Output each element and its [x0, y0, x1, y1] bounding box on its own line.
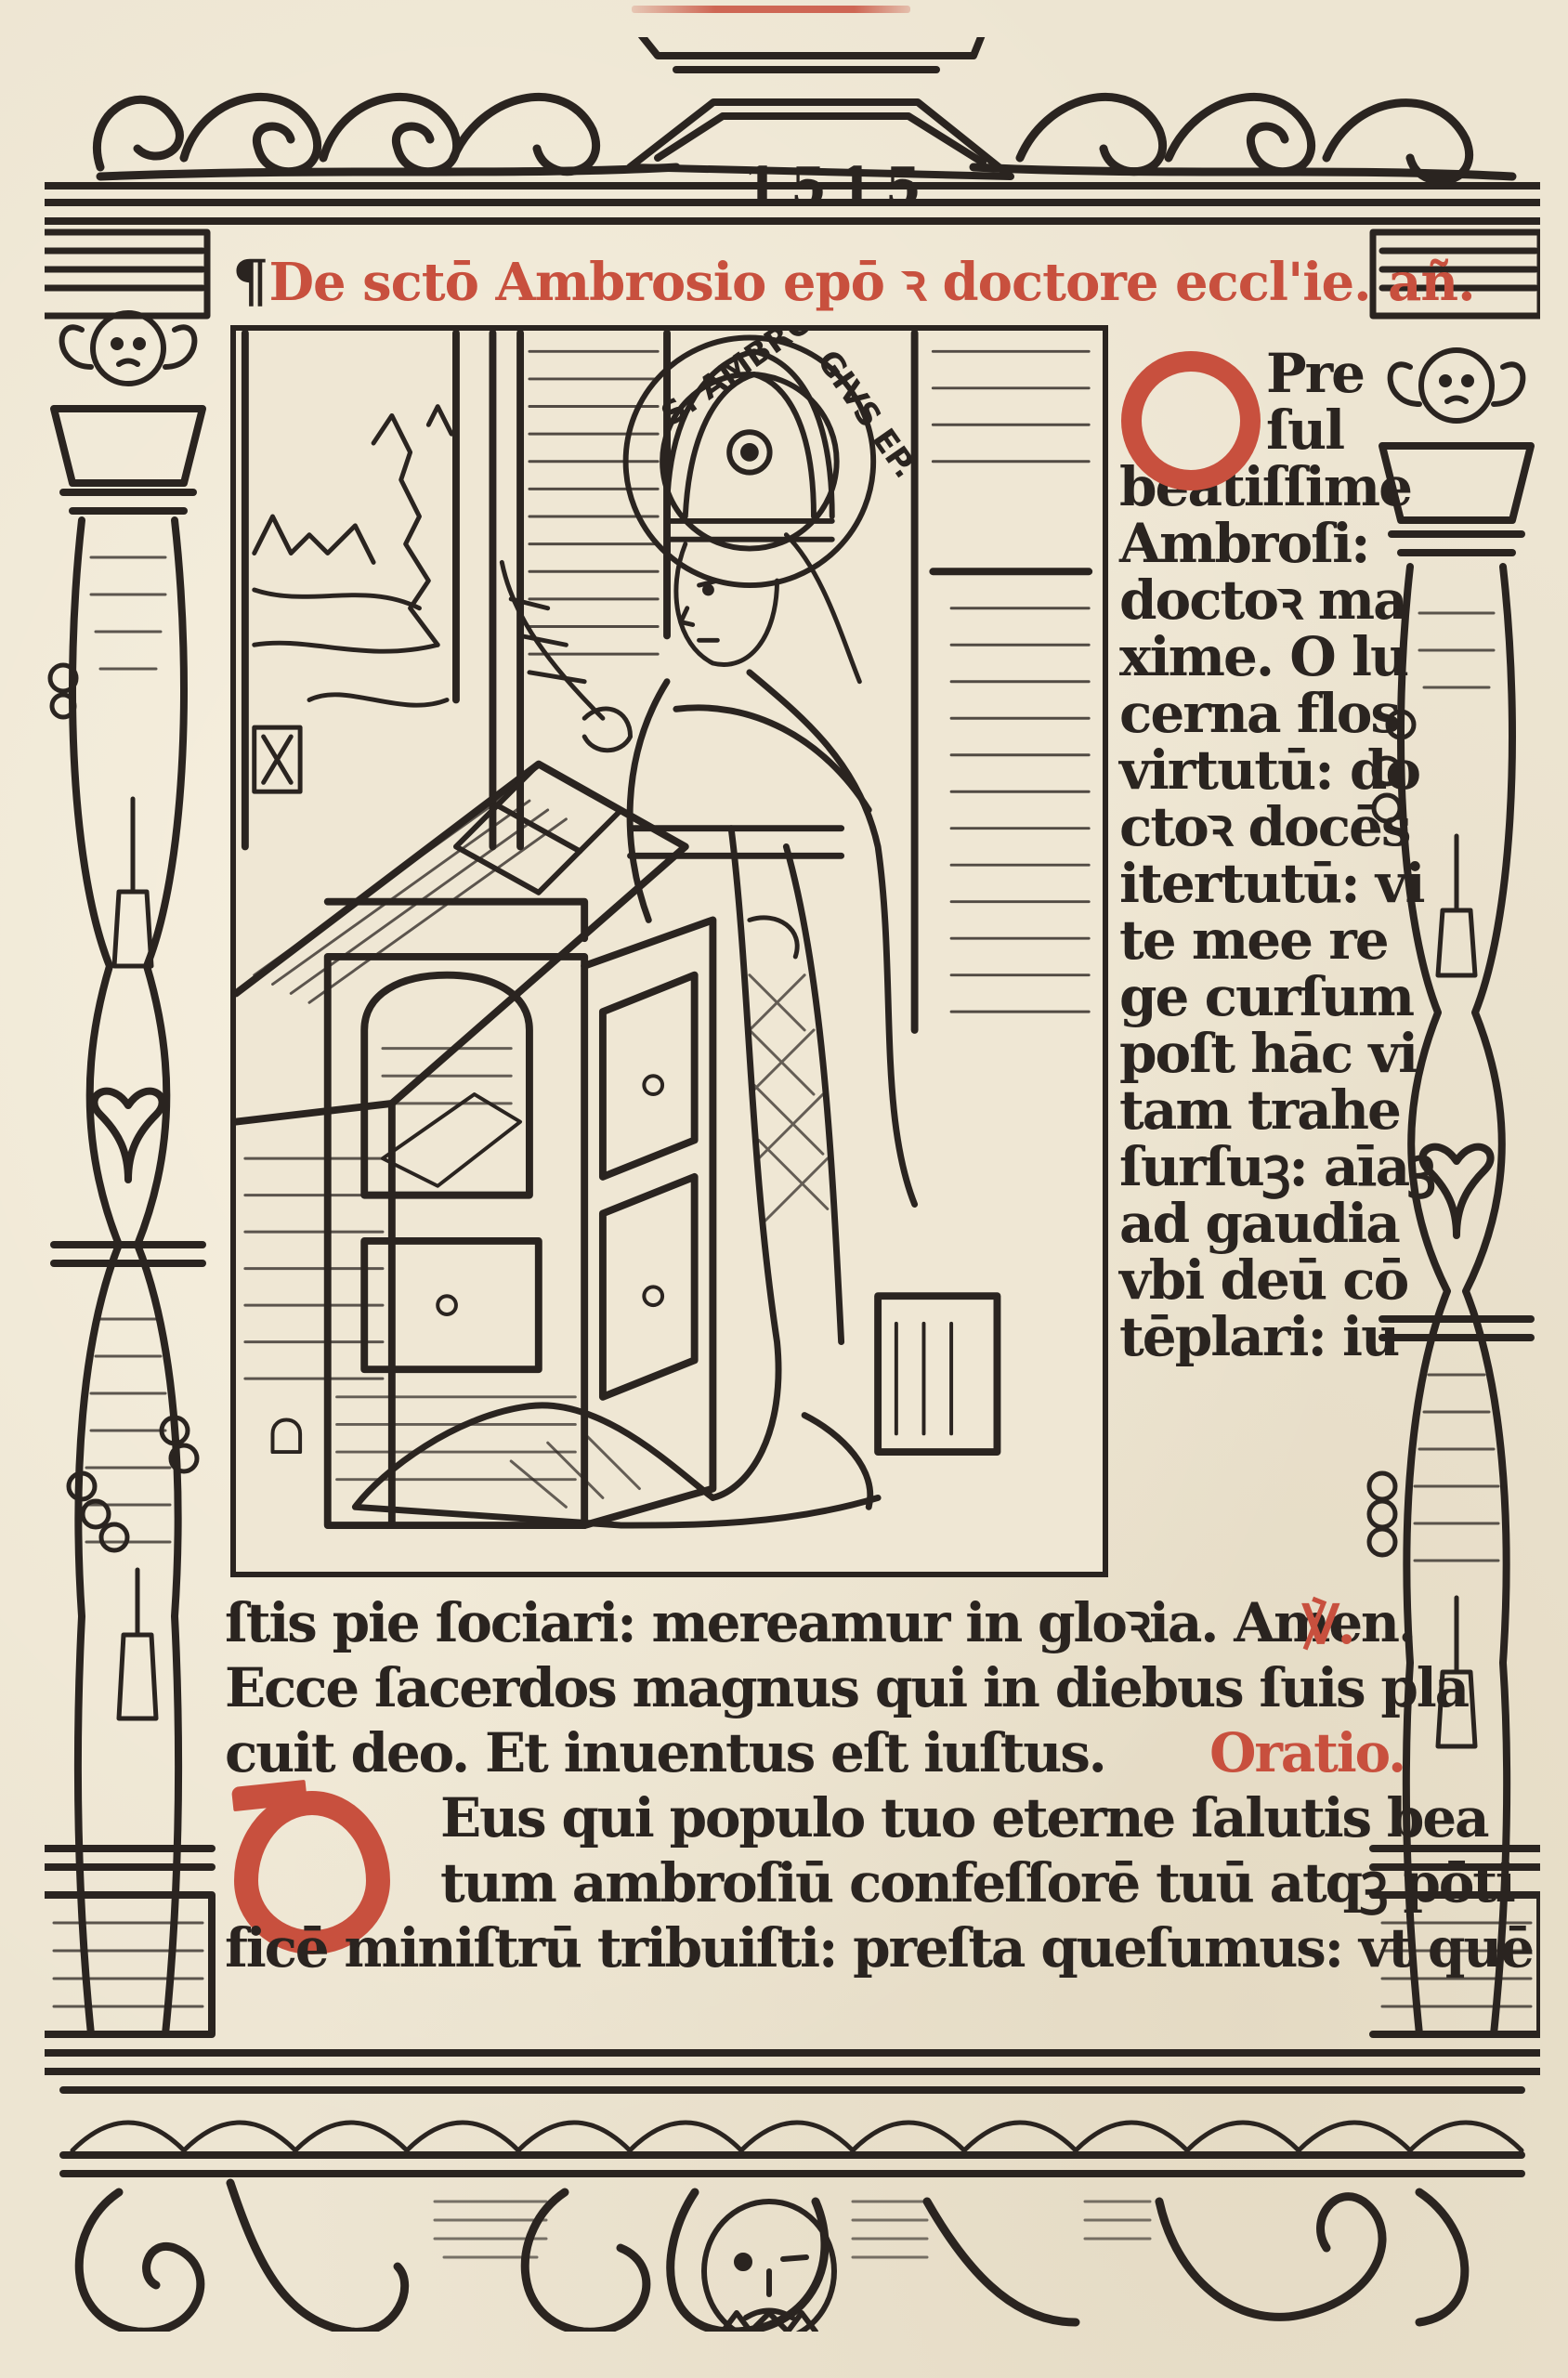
- text-line: tum ambroſiū confeſſorē tuū atqꝫ pōti: [225, 1850, 1405, 1915]
- text-line: tam trahe: [1119, 1082, 1407, 1139]
- text-line: ſurſuꝫ: aīaꝫ: [1119, 1139, 1407, 1196]
- text-line: ad gaudia: [1119, 1196, 1407, 1252]
- text-line: xime. O lu: [1119, 629, 1407, 686]
- text-line: cerna flos: [1119, 686, 1407, 742]
- text-line: Ecce ſacerdos magnus qui in diebus ſuis …: [225, 1655, 1405, 1720]
- body-line-with-versicle: ſtis pie ſociari: mereamur in gloꝛia. Am…: [225, 1590, 1405, 1655]
- prayer-block: Eus qui populo tuo eterne ſalutis bea tu…: [225, 1785, 1405, 1980]
- heading-line: ¶ De sctō Ambrosio epō ꝛ doctore eccl'ie…: [232, 243, 1393, 318]
- text-line: itertutū: vi: [1119, 856, 1407, 912]
- body-text-block: ſtis pie ſociari: mereamur in gloꝛia. Am…: [225, 1590, 1405, 1980]
- text-line: ctoꝛ docēs: [1119, 799, 1407, 856]
- versicle-mark: ℣.: [1302, 1592, 1353, 1657]
- text-line: Ambroſi:: [1119, 516, 1407, 572]
- rubric-heading: De sctō Ambrosio epō ꝛ doctore eccl'ie. …: [268, 245, 1474, 316]
- text-line: te mee re: [1119, 912, 1407, 969]
- antiphon-side-column: Pre ſul beatiſſime Ambroſi: doctoꝛ ma xi…: [1119, 346, 1407, 1365]
- text-line: virtutū: do: [1119, 742, 1407, 799]
- text-line: cuit deo. Et inuentus eſt iuſtus.: [225, 1721, 1105, 1784]
- text-line: ficē miniſtrū tribuiſti: preſta queſumus…: [225, 1915, 1405, 1980]
- red-initial-o: [1121, 351, 1261, 490]
- body-line-with-oratio: cuit deo. Et inuentus eſt iuſtus. Oratio…: [225, 1720, 1405, 1785]
- oratio-rubric: Oratio.: [1209, 1720, 1405, 1785]
- saint-ambrose-woodcut-icon: [236, 331, 1103, 1572]
- text-line: vbi deū cō: [1119, 1252, 1407, 1309]
- offset-red-trace: [632, 6, 910, 13]
- text-line: poſt hāc vi: [1119, 1026, 1407, 1082]
- text-line: doctoꝛ ma: [1119, 572, 1407, 629]
- text-line: ſtis pie ſociari: mereamur in gloꝛia. Am…: [225, 1591, 1415, 1654]
- date-cartouche: 1515: [743, 156, 929, 217]
- woodcut-saint-ambrose: S. AMBRO GIVS EP.: [230, 325, 1108, 1577]
- pilcrow-icon: ¶: [232, 247, 268, 315]
- text-line: Eus qui populo tuo eterne ſalutis bea: [225, 1785, 1405, 1850]
- text-line: ge curſum: [1119, 969, 1407, 1026]
- text-line: tēplari: iu: [1119, 1309, 1407, 1365]
